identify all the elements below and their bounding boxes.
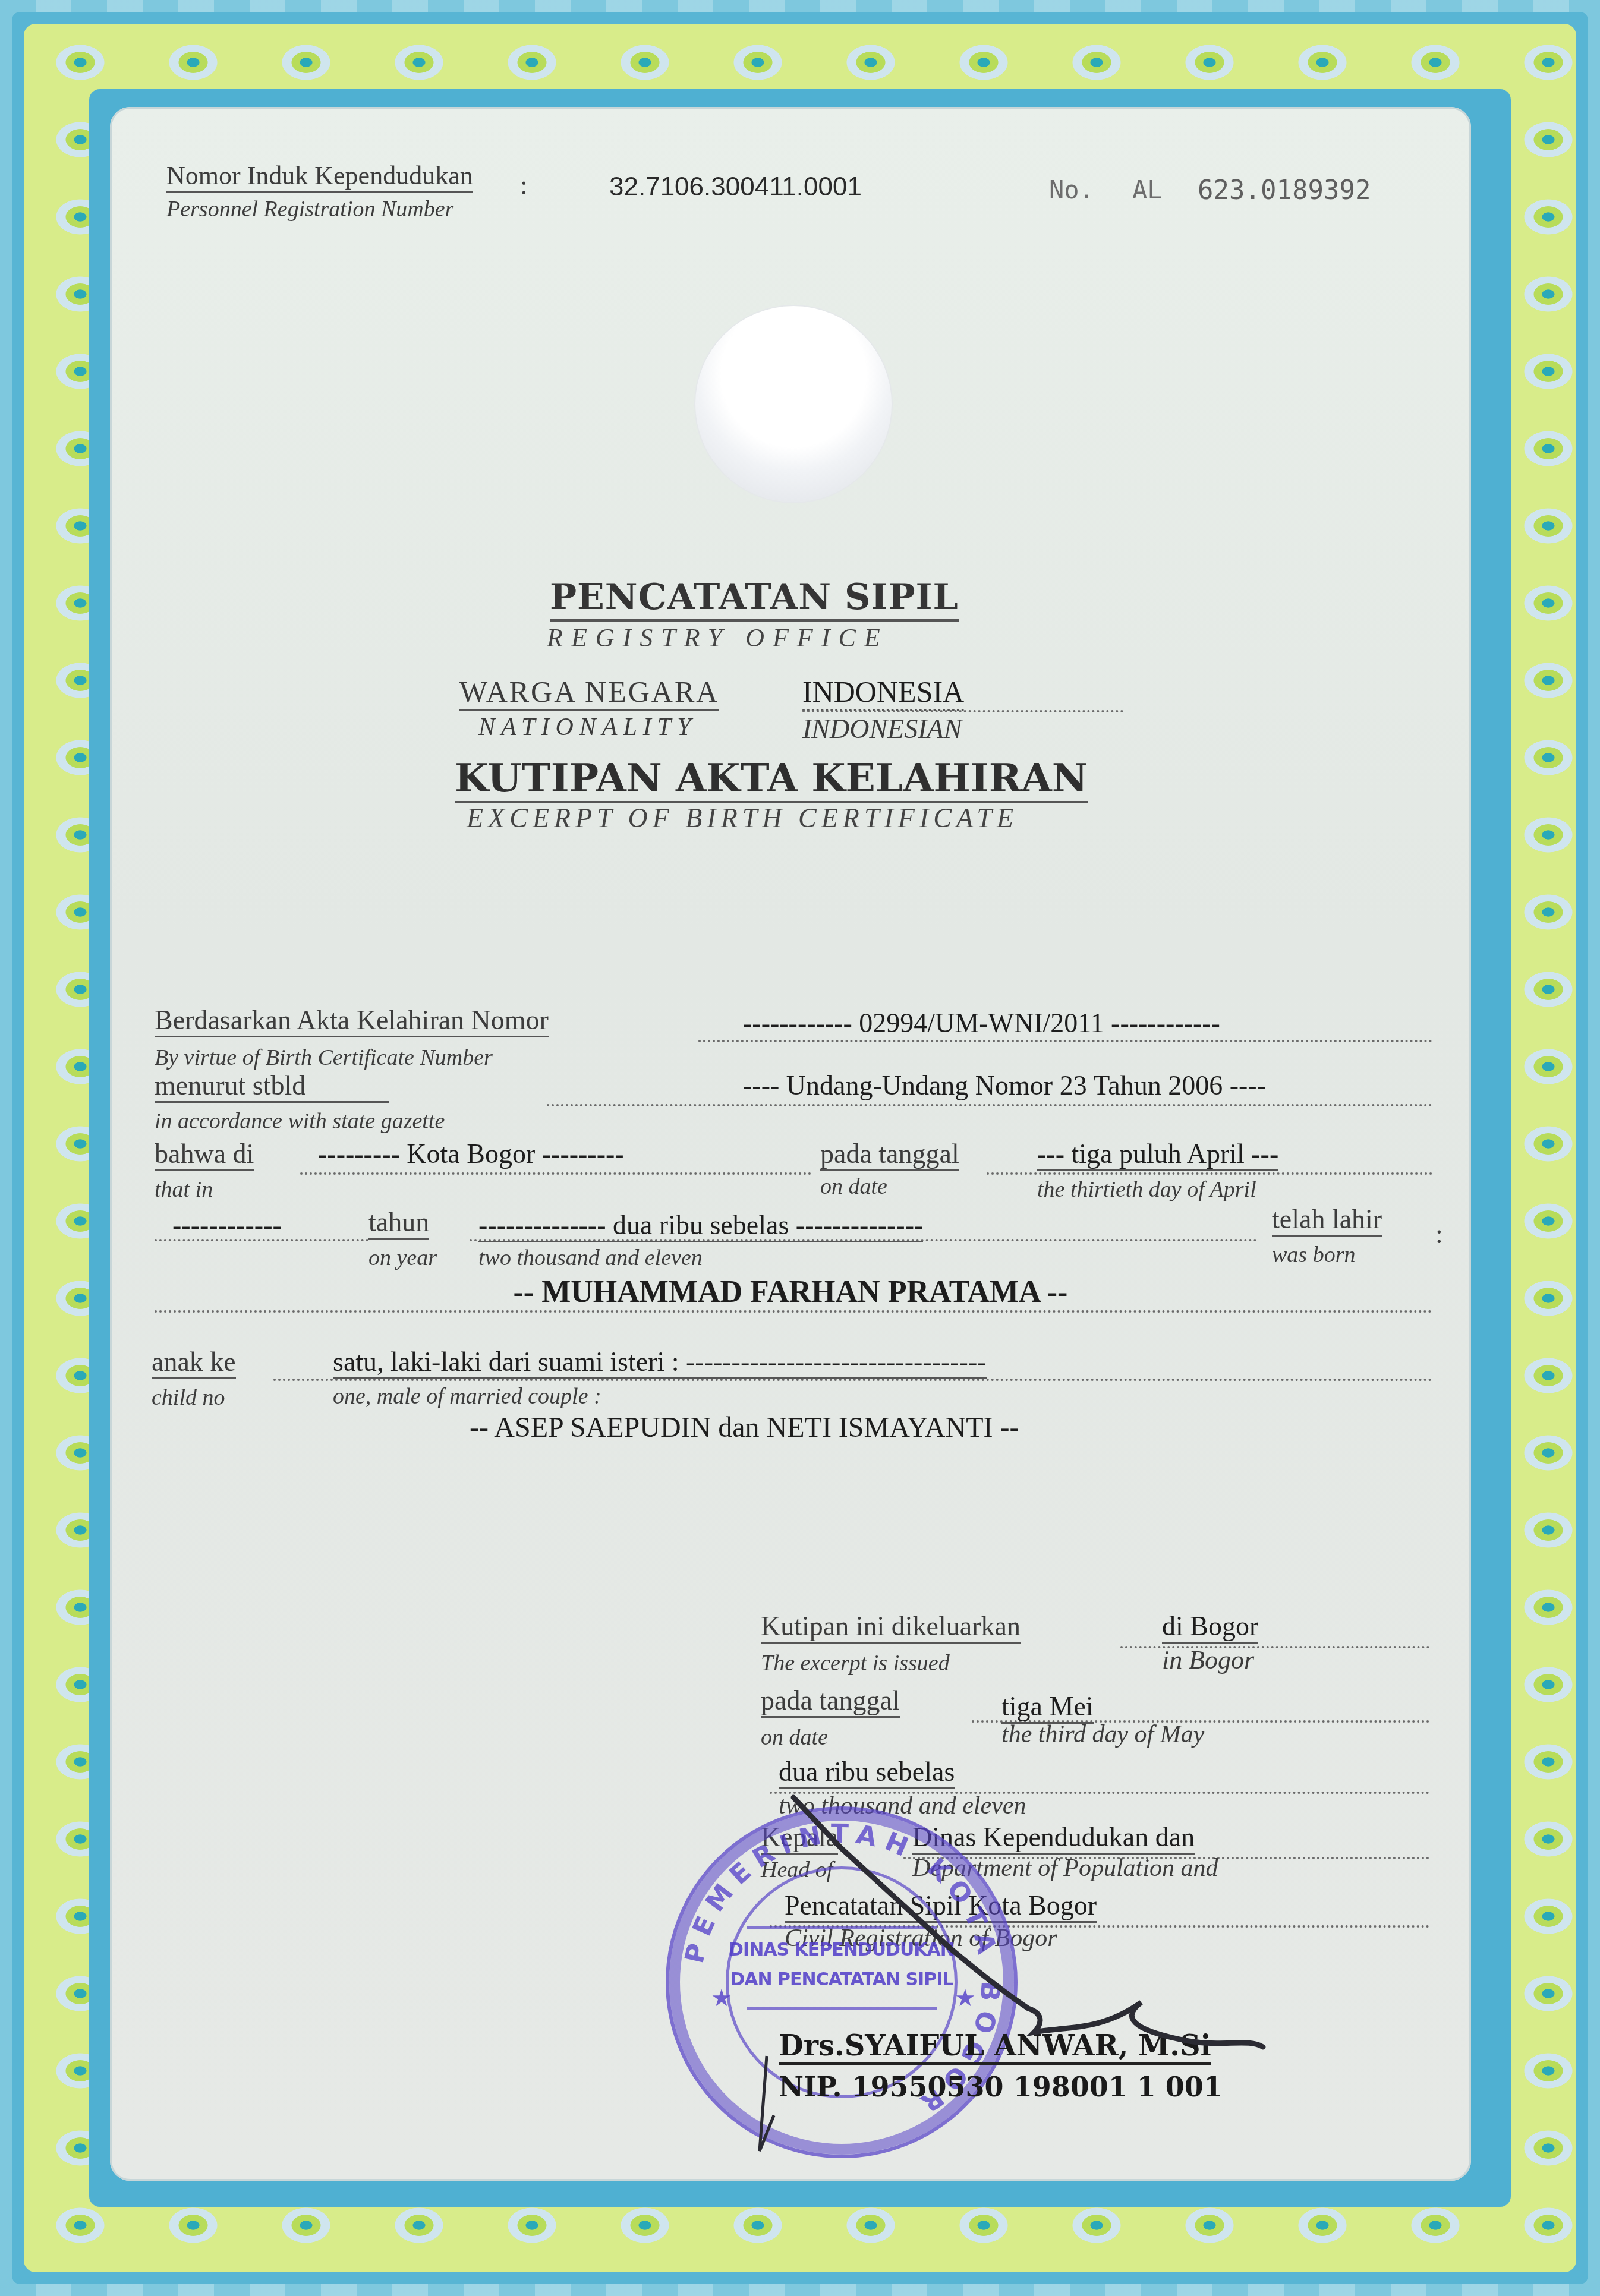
birth-date-dots — [987, 1172, 1432, 1175]
child-no-value-en: one, male of married couple : — [333, 1383, 601, 1409]
nationality-label-en: NATIONALITY — [478, 713, 697, 742]
year-prefix: ------------ — [172, 1209, 282, 1241]
place-label-en: that in — [155, 1177, 213, 1203]
cert-number-dots — [698, 1040, 1432, 1042]
certificate-paper: Nomor Induk Kependudukan Personnel Regis… — [110, 107, 1471, 2181]
year-value-en: two thousand and eleven — [478, 1245, 703, 1271]
office-title: PENCATATAN SIPIL — [550, 576, 959, 622]
nationality-value: INDONESIA — [802, 674, 964, 711]
serial-series: AL — [1132, 175, 1163, 204]
nationality-label: WARGA NEGARA — [459, 674, 719, 711]
issued-place-en: in Bogor — [1162, 1645, 1254, 1675]
birth-date-value-en: the thirtieth day of April — [1037, 1177, 1256, 1203]
issued-date-label: pada tanggal — [761, 1685, 900, 1718]
law-dots — [547, 1104, 1432, 1106]
stamp-center-line1: DINAS KEPENDUDUKAN — [729, 1939, 955, 1960]
official-name: Drs.SYAIFUL ANWAR, M.Si — [779, 2029, 1211, 2065]
issued-date-en: the third day of May — [1001, 1720, 1204, 1749]
official-nip: NIP. 19550530 198001 1 001 — [779, 2071, 1223, 2103]
document-title: KUTIPAN AKTA KELAHIRAN — [455, 755, 1088, 803]
child-no-label-en: child no — [152, 1384, 225, 1411]
nationality-dots — [802, 710, 1123, 712]
serial-prefix: No. — [1049, 175, 1094, 204]
issued-place: di Bogor — [1162, 1610, 1258, 1644]
place-label: bahwa di — [155, 1138, 254, 1171]
child-no-value: satu, laki-laki dari suami isteri : ----… — [333, 1346, 987, 1379]
nik-label-en: Personnel Registration Number — [166, 196, 453, 222]
year-label: tahun — [368, 1206, 429, 1240]
stamp-center-line2: DAN PENCATATAN SIPIL — [729, 1969, 955, 1990]
nationality-value-en: INDONESIAN — [802, 713, 962, 745]
born-label-en: was born — [1272, 1242, 1355, 1268]
nik-colon: : — [520, 169, 528, 201]
child-no-label: anak ke — [152, 1346, 236, 1379]
child-name-dots — [155, 1310, 1432, 1313]
place-value: --------- Kota Bogor --------- — [318, 1138, 624, 1169]
place-dots — [300, 1172, 811, 1175]
office-title-en: REGISTRY OFFICE — [547, 623, 889, 653]
issued-label-en: The excerpt is issued — [761, 1650, 950, 1676]
nik-label: Nomor Induk Kependudukan — [166, 160, 473, 193]
born-colon: : — [1435, 1218, 1443, 1250]
issued-year: dua ribu sebelas — [779, 1756, 955, 1789]
issued-date-label-en: on date — [761, 1724, 828, 1751]
year-label-en: on year — [368, 1245, 437, 1271]
document-title-en: EXCERPT OF BIRTH CERTIFICATE — [467, 802, 1018, 834]
cert-number-label: Berdasarkan Akta Kelahiran Nomor — [155, 1004, 549, 1037]
issued-date: tiga Mei — [1001, 1691, 1094, 1724]
certificate-sheet: Nomor Induk Kependudukan Personnel Regis… — [0, 0, 1600, 2296]
cert-number-label-en: By virtue of Birth Certificate Number — [155, 1045, 493, 1071]
born-label: telah lahir — [1272, 1203, 1382, 1237]
birth-date-label: pada tanggal — [820, 1138, 959, 1171]
issued-label: Kutipan ini dikeluarkan — [761, 1610, 1021, 1644]
year-value: -------------- dua ribu sebelas --------… — [478, 1209, 923, 1242]
law-label: menurut stbld — [155, 1070, 389, 1103]
official-stamp: PEMERINTAH KOTA BOGOR ★ ★ DINAS KEPENDUD… — [666, 1806, 1018, 2158]
birth-date-value: --- tiga puluh April --- — [1037, 1138, 1278, 1171]
birth-date-label-en: on date — [820, 1174, 887, 1200]
nik-value: 32.7106.300411.0001 — [609, 172, 862, 202]
serial-number: 623.0189392 — [1198, 175, 1371, 206]
cert-number-value: ------------ 02994/UM-WNI/2011 ---------… — [743, 1007, 1220, 1039]
parents-names: -- ASEP SAEPUDIN dan NETI ISMAYANTI -- — [470, 1411, 1019, 1444]
law-label-en: in accordance with state gazette — [155, 1108, 445, 1134]
law-value: ---- Undang-Undang Nomor 23 Tahun 2006 -… — [743, 1070, 1266, 1101]
hologram-seal — [695, 306, 892, 502]
stamp-star-right: ★ — [955, 1985, 976, 2012]
child-name: -- MUHAMMAD FARHAN PRATAMA -- — [110, 1275, 1471, 1310]
